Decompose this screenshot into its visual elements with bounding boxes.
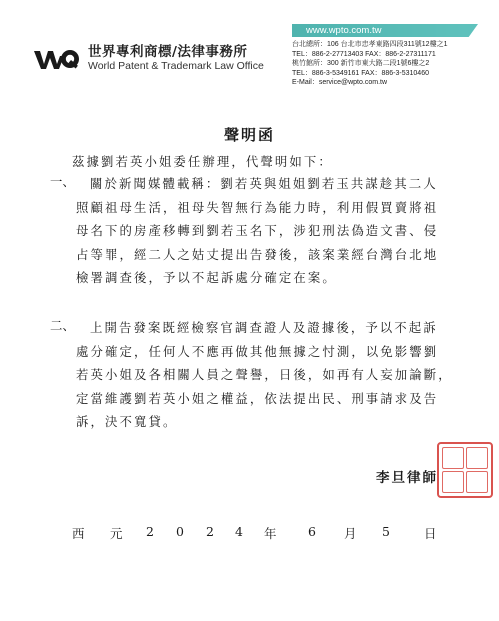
signer-name: 李旦律師: [376, 466, 438, 486]
document-date: 西 元 2 0 2 4 年 6 月 5 日: [72, 524, 437, 542]
contact-email[interactable]: E-Mail：service@wpto.com.tw: [292, 78, 492, 88]
date-part: 2: [206, 524, 235, 542]
date-part: 日: [424, 524, 437, 542]
date-part: 5: [382, 524, 424, 542]
firm-name-chinese: 世界專利商標/法律事務所: [88, 44, 264, 60]
date-part: 2: [146, 524, 176, 542]
paragraph-line: 處分確定，任何人不應再做其他無據之忖測，以免影響劉: [76, 340, 453, 364]
section-number: 一、: [50, 172, 75, 190]
section-2-paragraph: 上開告發案既經檢察官調查證人及證據後，予以不起訴 處分確定，任何人不應再做其他無…: [76, 316, 453, 434]
letterhead-logo: 世界專利商標/法律事務所 World Patent & Trademark La…: [34, 44, 264, 73]
contact-line: 桃竹館所：300 新竹市東大路二段1號6樓之2: [292, 59, 492, 69]
wpto-logo-icon: [34, 48, 80, 70]
paragraph-line: 定當維護劉若英小姐之權益，依法提出民、刑事請求及告: [76, 387, 453, 411]
contact-block: www.wpto.com.tw 台北總所：106 台北市忠孝東路四段311號12…: [292, 24, 492, 88]
paragraph-line: 母名下的房產移轉到劉若玉名下，涉犯刑法偽造文書、侵: [76, 219, 438, 243]
paragraph-line: 上開告發案既經檢察官調查證人及證據後，予以不起訴: [76, 316, 453, 340]
contact-line: 台北總所：106 台北市忠孝東路四段311號12樓之1: [292, 40, 492, 50]
document-title: 聲明函: [0, 124, 499, 145]
intro-line: 茲據劉若英小姐委任辦理，代聲明如下：: [72, 150, 333, 174]
section-1-paragraph: 關於新聞媒體載稱：劉若英與姐姐劉若玉共謀趁其二人 照顧祖母生活，祖母失智無行為能…: [76, 172, 438, 290]
red-seal-stamp-icon: [437, 442, 493, 498]
section-number: 二、: [50, 316, 75, 334]
contact-line: TEL：886-2-27713403 FAX：886-2-27311171: [292, 50, 492, 60]
paragraph-line: 關於新聞媒體載稱：劉若英與姐姐劉若玉共謀趁其二人: [76, 172, 438, 196]
paragraph-line: 訴，決不寬貸。: [76, 410, 453, 434]
date-part: 年: [264, 524, 308, 542]
paragraph-line: 檢署調查後，予以不起訴處分確定在案。: [76, 266, 438, 290]
paragraph-line: 占等罪，經二人之姑丈提出告發後，該案業經台灣台北地: [76, 243, 438, 267]
paragraph-line: 若英小姐及各相關人員之聲譽，日後，如再有人妄加論斷，: [76, 363, 453, 387]
date-part: 0: [176, 524, 206, 542]
website-url[interactable]: www.wpto.com.tw: [292, 24, 478, 37]
date-part: 西: [72, 524, 110, 542]
contact-line: TEL：886-3-5349161 FAX：886-3-5310460: [292, 69, 492, 79]
date-part: 元: [110, 524, 146, 542]
date-part: 月: [344, 524, 382, 542]
paragraph-line: 照顧祖母生活，祖母失智無行為能力時，利用假買賣將祖: [76, 196, 438, 220]
date-part: 6: [308, 524, 344, 542]
date-part: 4: [235, 524, 264, 542]
contact-lines: 台北總所：106 台北市忠孝東路四段311號12樓之1 TEL：886-2-27…: [292, 40, 492, 88]
firm-name-english: World Patent & Trademark Law Office: [88, 60, 264, 73]
